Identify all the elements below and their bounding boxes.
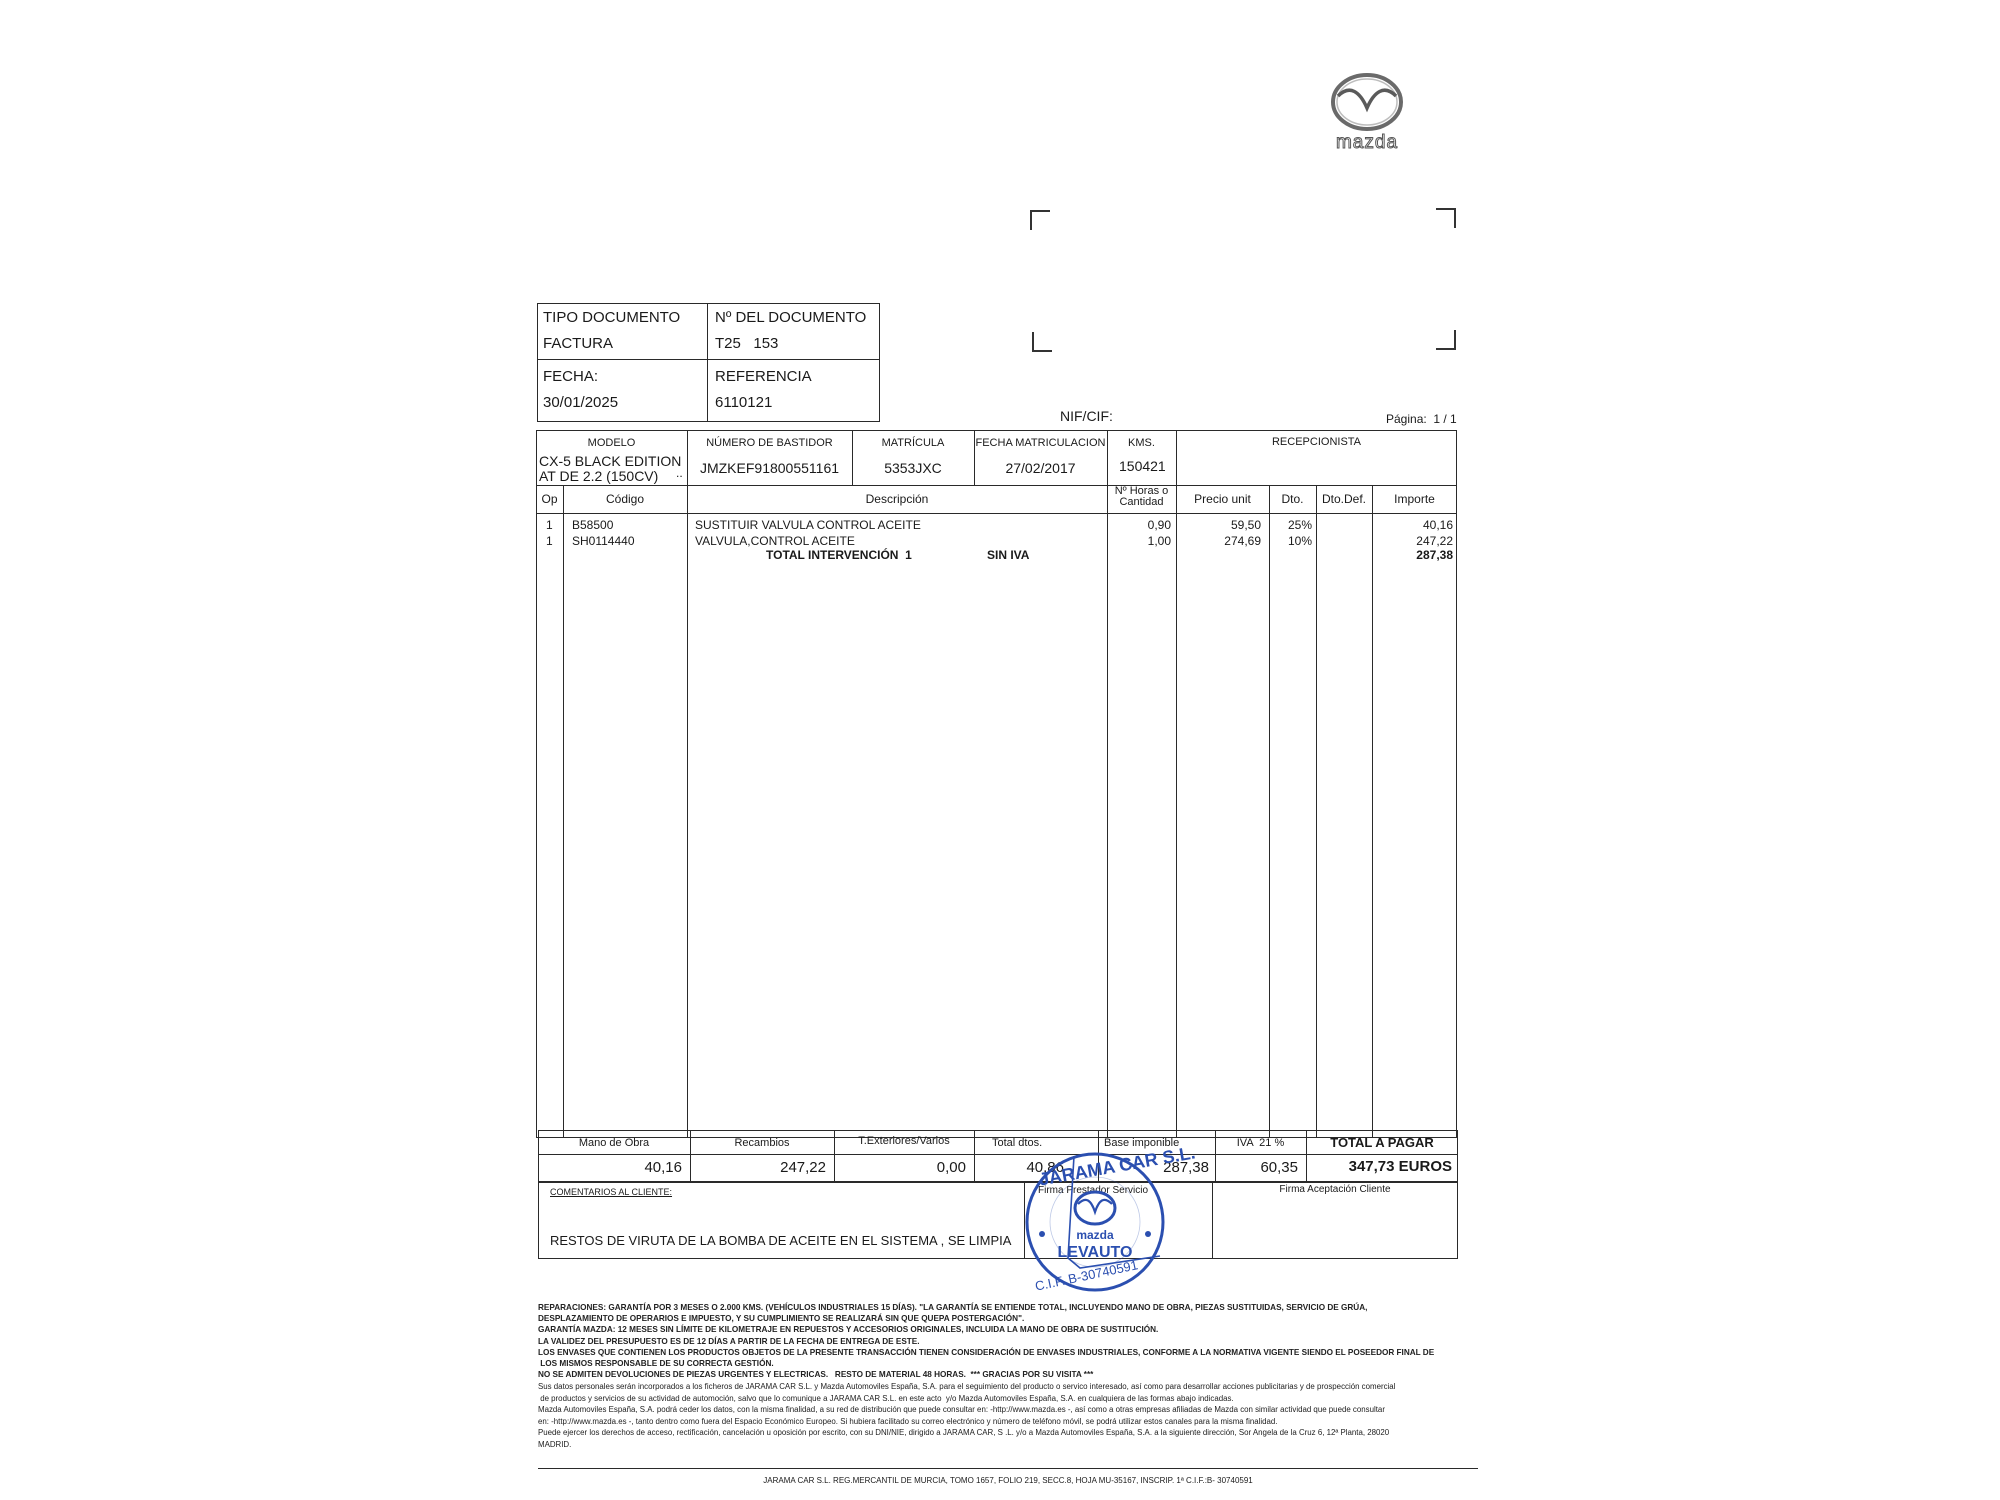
privacy-line: de productos y servicios de su actividad… (538, 1393, 1478, 1405)
comments-text: RESTOS DE VIRUTA DE LA BOMBA DE ACEITE E… (550, 1233, 1011, 1248)
legal-line: REPARACIONES: GARANTÍA POR 3 MESES O 2.0… (538, 1302, 1478, 1313)
row-codigo: B58500 (572, 518, 613, 532)
tipo-documento-label: TIPO DOCUMENTO (543, 309, 680, 326)
col-op: Op (536, 492, 563, 506)
iva-value: 60,35 (1215, 1159, 1298, 1176)
recepcionista-label: RECEPCIONISTA (1176, 436, 1457, 448)
col-importe: Importe (1372, 492, 1457, 506)
legal-line: GARANTÍA MAZDA: 12 MESES SIN LÍMITE DE K… (538, 1324, 1478, 1335)
col-horas-line2: Cantidad (1107, 497, 1176, 508)
bastidor-label: NÚMERO DE BASTIDOR (687, 437, 852, 449)
nif-label: NIF/CIF: (1060, 408, 1113, 424)
row-cantidad: 0,90 (1107, 518, 1171, 532)
privacy-line: Puede ejercer los derechos de acceso, re… (538, 1427, 1478, 1439)
matricula-value: 5353JXC (852, 460, 974, 476)
total-a-pagar-value: 347,73 EUROS (1306, 1158, 1452, 1175)
comments-label: COMENTARIOS AL CLIENTE: (550, 1187, 672, 1197)
kms-value: 150421 (1119, 458, 1166, 474)
recambios-value: 247,22 (690, 1159, 826, 1176)
modelo-label: MODELO (536, 437, 687, 449)
col-codigo: Código (563, 492, 687, 506)
tipo-documento-value: FACTURA (543, 335, 613, 352)
firma-cliente-label: Firma Aceptación Cliente (1212, 1184, 1458, 1195)
fecha-matriculacion-value: 27/02/2017 (974, 460, 1107, 476)
total-intervencion-importe: 287,38 (1372, 548, 1453, 562)
page-label: Página: (1386, 412, 1427, 426)
address-corner-bl (1032, 332, 1052, 352)
row-op: 1 (546, 534, 553, 548)
mano-obra-value: 40,16 (538, 1159, 682, 1176)
col-dto: Dto. (1269, 492, 1316, 506)
privacy-line: en: -http://www.mazda.es -, tanto dentro… (538, 1416, 1478, 1428)
exteriores-label: T.Exteriores/Varios (834, 1135, 974, 1147)
privacy-line: Sus datos personales serán incorporados … (538, 1381, 1478, 1393)
numero-documento-value: T25 153 (715, 335, 778, 352)
row-codigo: SH0114440 (572, 534, 635, 548)
footer-divider (538, 1468, 1478, 1469)
row-descripcion: VALVULA,CONTROL ACEITE (695, 534, 855, 548)
stamp-dealer: LEVAUTO (1020, 1244, 1170, 1262)
invoice-lines-table (536, 430, 1457, 1138)
recambios-label: Recambios (690, 1137, 834, 1149)
row-dto: 25% (1288, 518, 1312, 532)
fecha-label: FECHA: (543, 368, 598, 385)
exteriores-value: 0,00 (834, 1159, 966, 1176)
legal-line: LOS MISMOS RESPONSABLE DE SU CORRECTA GE… (538, 1358, 1478, 1369)
col-precio: Precio unit (1176, 492, 1269, 506)
bastidor-value: JMZKEF91800551161 (687, 460, 852, 476)
mazda-wordmark: mazda (1322, 132, 1412, 154)
modelo-ellipsis: .. (676, 466, 683, 480)
privacy-line: Mazda Automoviles España, S.A. podrá ced… (538, 1404, 1478, 1416)
iva-label: IVA 21 % (1215, 1137, 1306, 1149)
referencia-label: REFERENCIA (715, 368, 812, 385)
legal-line: LOS ENVASES QUE CONTIENEN LOS PRODUCTOS … (538, 1347, 1478, 1358)
row-dto: 10% (1288, 534, 1312, 548)
page-indicator: Página: 1 / 1 (1386, 412, 1457, 426)
numero-documento-label: Nº DEL DOCUMENTO (715, 309, 866, 326)
matricula-label: MATRÍCULA (852, 437, 974, 449)
privacy-line: MADRID. (538, 1439, 1478, 1451)
row-descripcion: SUSTITUIR VALVULA CONTROL ACEITE (695, 518, 921, 532)
col-horas: Nº Horas o Cantidad (1107, 486, 1176, 508)
total-intervencion-label: TOTAL INTERVENCIÓN 1 (766, 548, 912, 562)
mano-obra-label: Mano de Obra (538, 1137, 690, 1149)
footer-registry: JARAMA CAR S.L. REG.MERCANTIL DE MURCIA,… (538, 1476, 1478, 1485)
row-importe: 40,16 (1372, 518, 1453, 532)
stamp-brand: mazda (1020, 1228, 1170, 1242)
page-value: 1 / 1 (1433, 412, 1456, 426)
col-descripcion: Descripción (687, 492, 1107, 506)
row-precio: 59,50 (1176, 518, 1261, 532)
col-dto-def: Dto.Def. (1316, 492, 1372, 506)
row-importe: 247,22 (1372, 534, 1453, 548)
legal-block-warranty: REPARACIONES: GARANTÍA POR 3 MESES O 2.0… (538, 1302, 1478, 1380)
legal-line: NO SE ADMITEN DEVOLUCIONES DE PIEZAS URG… (538, 1369, 1478, 1380)
total-a-pagar-label: TOTAL A PAGAR (1306, 1135, 1458, 1150)
modelo-value-line1: CX-5 BLACK EDITION (539, 453, 681, 469)
modelo-value-line2: AT DE 2.2 (150CV) (539, 468, 658, 484)
address-corner-tl (1030, 210, 1050, 230)
row-op: 1 (546, 518, 553, 532)
mazda-emblem-icon (1322, 72, 1412, 132)
fecha-value: 30/01/2025 (543, 394, 618, 411)
row-precio: 274,69 (1176, 534, 1261, 548)
address-corner-br (1436, 330, 1456, 350)
row-cantidad: 1,00 (1107, 534, 1171, 548)
referencia-value: 6110121 (715, 394, 772, 411)
legal-line: LA VALIDEZ DEL PRESUPUESTO ES DE 12 DÍAS… (538, 1336, 1478, 1347)
kms-label: KMS. (1128, 437, 1155, 449)
legal-line: DESPLAZAMIENTO DE OPERARIOS E IMPUESTO, … (538, 1313, 1478, 1324)
legal-block-privacy: Sus datos personales serán incorporados … (538, 1381, 1478, 1450)
address-corner-tr (1436, 208, 1456, 228)
company-stamp: JARAMA CAR S.L. mazda LEVAUTO C.I.F. B-3… (1020, 1148, 1170, 1296)
total-intervencion-note: SIN IVA (987, 548, 1029, 562)
fecha-matriculacion-label: FECHA MATRICULACION (974, 437, 1107, 449)
mazda-logo: mazda (1322, 72, 1412, 156)
